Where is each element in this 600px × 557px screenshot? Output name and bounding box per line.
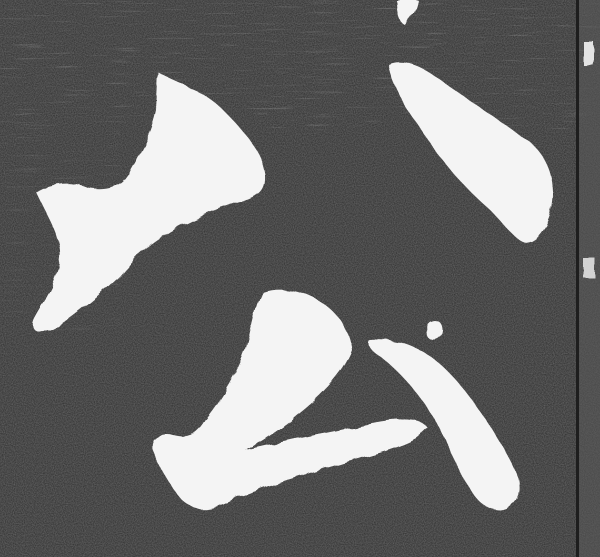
calligraphy-rubbing: 公	[0, 0, 600, 557]
rubbing-artwork	[0, 0, 600, 557]
speck	[425, 320, 443, 340]
